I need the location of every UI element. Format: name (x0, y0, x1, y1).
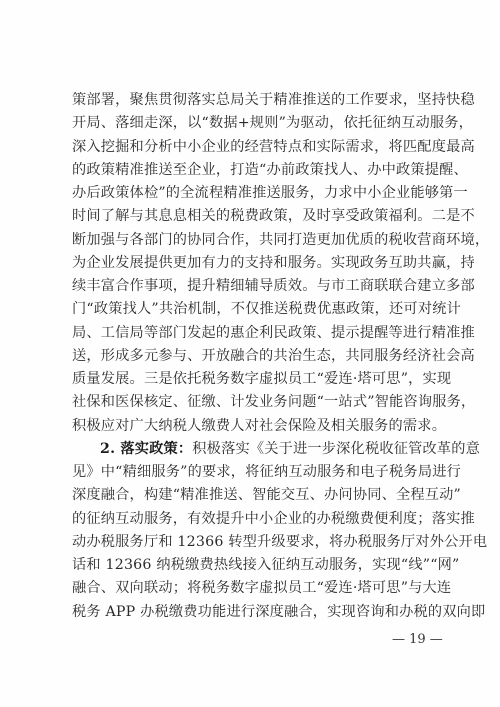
text-line-3: 深入挖掘和分析中小企业的经营特点和实际需求，将匹配度最高 (72, 136, 442, 159)
document-page: 策部署，聚焦贯彻落实总局关于精准推送的工作要求，坚持快稳 开局、落细走深，以“数… (0, 0, 500, 707)
page-number: — 19 — (392, 632, 443, 647)
text-line-5: 办后政策体检”的全流程精准推送服务，力求中小企业能够第一 (72, 182, 442, 205)
text-line-23: 税务 APP 办税缴费功能进行深度融合，实现咨询和办税的双向即 (72, 601, 442, 624)
text-line-6: 时间了解与其息息相关的税费政策，及时享受政策福利。二是不 (72, 205, 442, 228)
text-line-21: 话和 12366 纳税缴费热线接入征纳互动服务，实现“线”“网” (72, 554, 442, 577)
text-line-20: 动办税服务厅和 12366 转型升级要求，将办税服务厅对外公开电 (72, 531, 442, 554)
text-line-17: 见》中“精细服务”的要求，将征纳互动服务和电子税务局进行 (72, 461, 442, 484)
text-line-7: 断加强与各部门的协同合作，共同打造更加优质的税收营商环境， (72, 229, 442, 252)
text-line-22: 融合、双向联动；将税务数字虚拟员工“爱连·塔可思”与大连 (72, 577, 442, 600)
text-line-16: 2. 落实政策：积极落实《关于进一步深化税收征管改革的意 (72, 438, 442, 461)
text-line-13: 质量发展。三是依托税务数字虚拟员工“爱连·塔可思”，实现 (72, 368, 442, 391)
text-line-11: 局、工信局等部门发起的惠企利民政策、提示提醒等进行精准推 (72, 322, 442, 345)
text-line-12: 送，形成多元参与、开放融合的共治生态，共同服务经济社会高 (72, 345, 442, 368)
text-line-2: 开局、落细走深，以“数据+规则”为驱动，依托征纳互动服务， (72, 112, 442, 135)
body-text: 策部署，聚焦贯彻落实总局关于精准推送的工作要求，坚持快稳 开局、落细走深，以“数… (72, 89, 442, 624)
text-line-18: 深度融合，构建“精准推送、智能交互、办问协同、全程互动” (72, 484, 442, 507)
text-line-10: 门“政策找人”共治机制，不仅推送税费优惠政策，还可对统计 (72, 298, 442, 321)
text-line-9: 续丰富合作事项，提升精细辅导质效。与市工商联联合建立多部 (72, 275, 442, 298)
text-line-1: 策部署，聚焦贯彻落实总局关于精准推送的工作要求，坚持快稳 (72, 89, 442, 112)
text-line-14: 社保和医保核定、征缴、计发业务问题“一站式”智能咨询服务， (72, 391, 442, 414)
section-heading: 2. 落实政策： (100, 441, 192, 457)
text-line-4: 的政策精准推送至企业，打造“办前政策找人、办中政策提醒、 (72, 159, 442, 182)
text-line-16-body: 积极落实《关于进一步深化税收征管改革的意 (192, 441, 480, 457)
text-line-8: 为企业发展提供更加有力的支持和服务。实现政务互助共赢，持 (72, 252, 442, 275)
text-line-15: 积极应对广大纳税人缴费人对社会保险及相关服务的需求。 (72, 415, 442, 438)
text-line-19: 的征纳互动服务，有效提升中小企业的办税缴费便利度；落实推 (72, 508, 442, 531)
